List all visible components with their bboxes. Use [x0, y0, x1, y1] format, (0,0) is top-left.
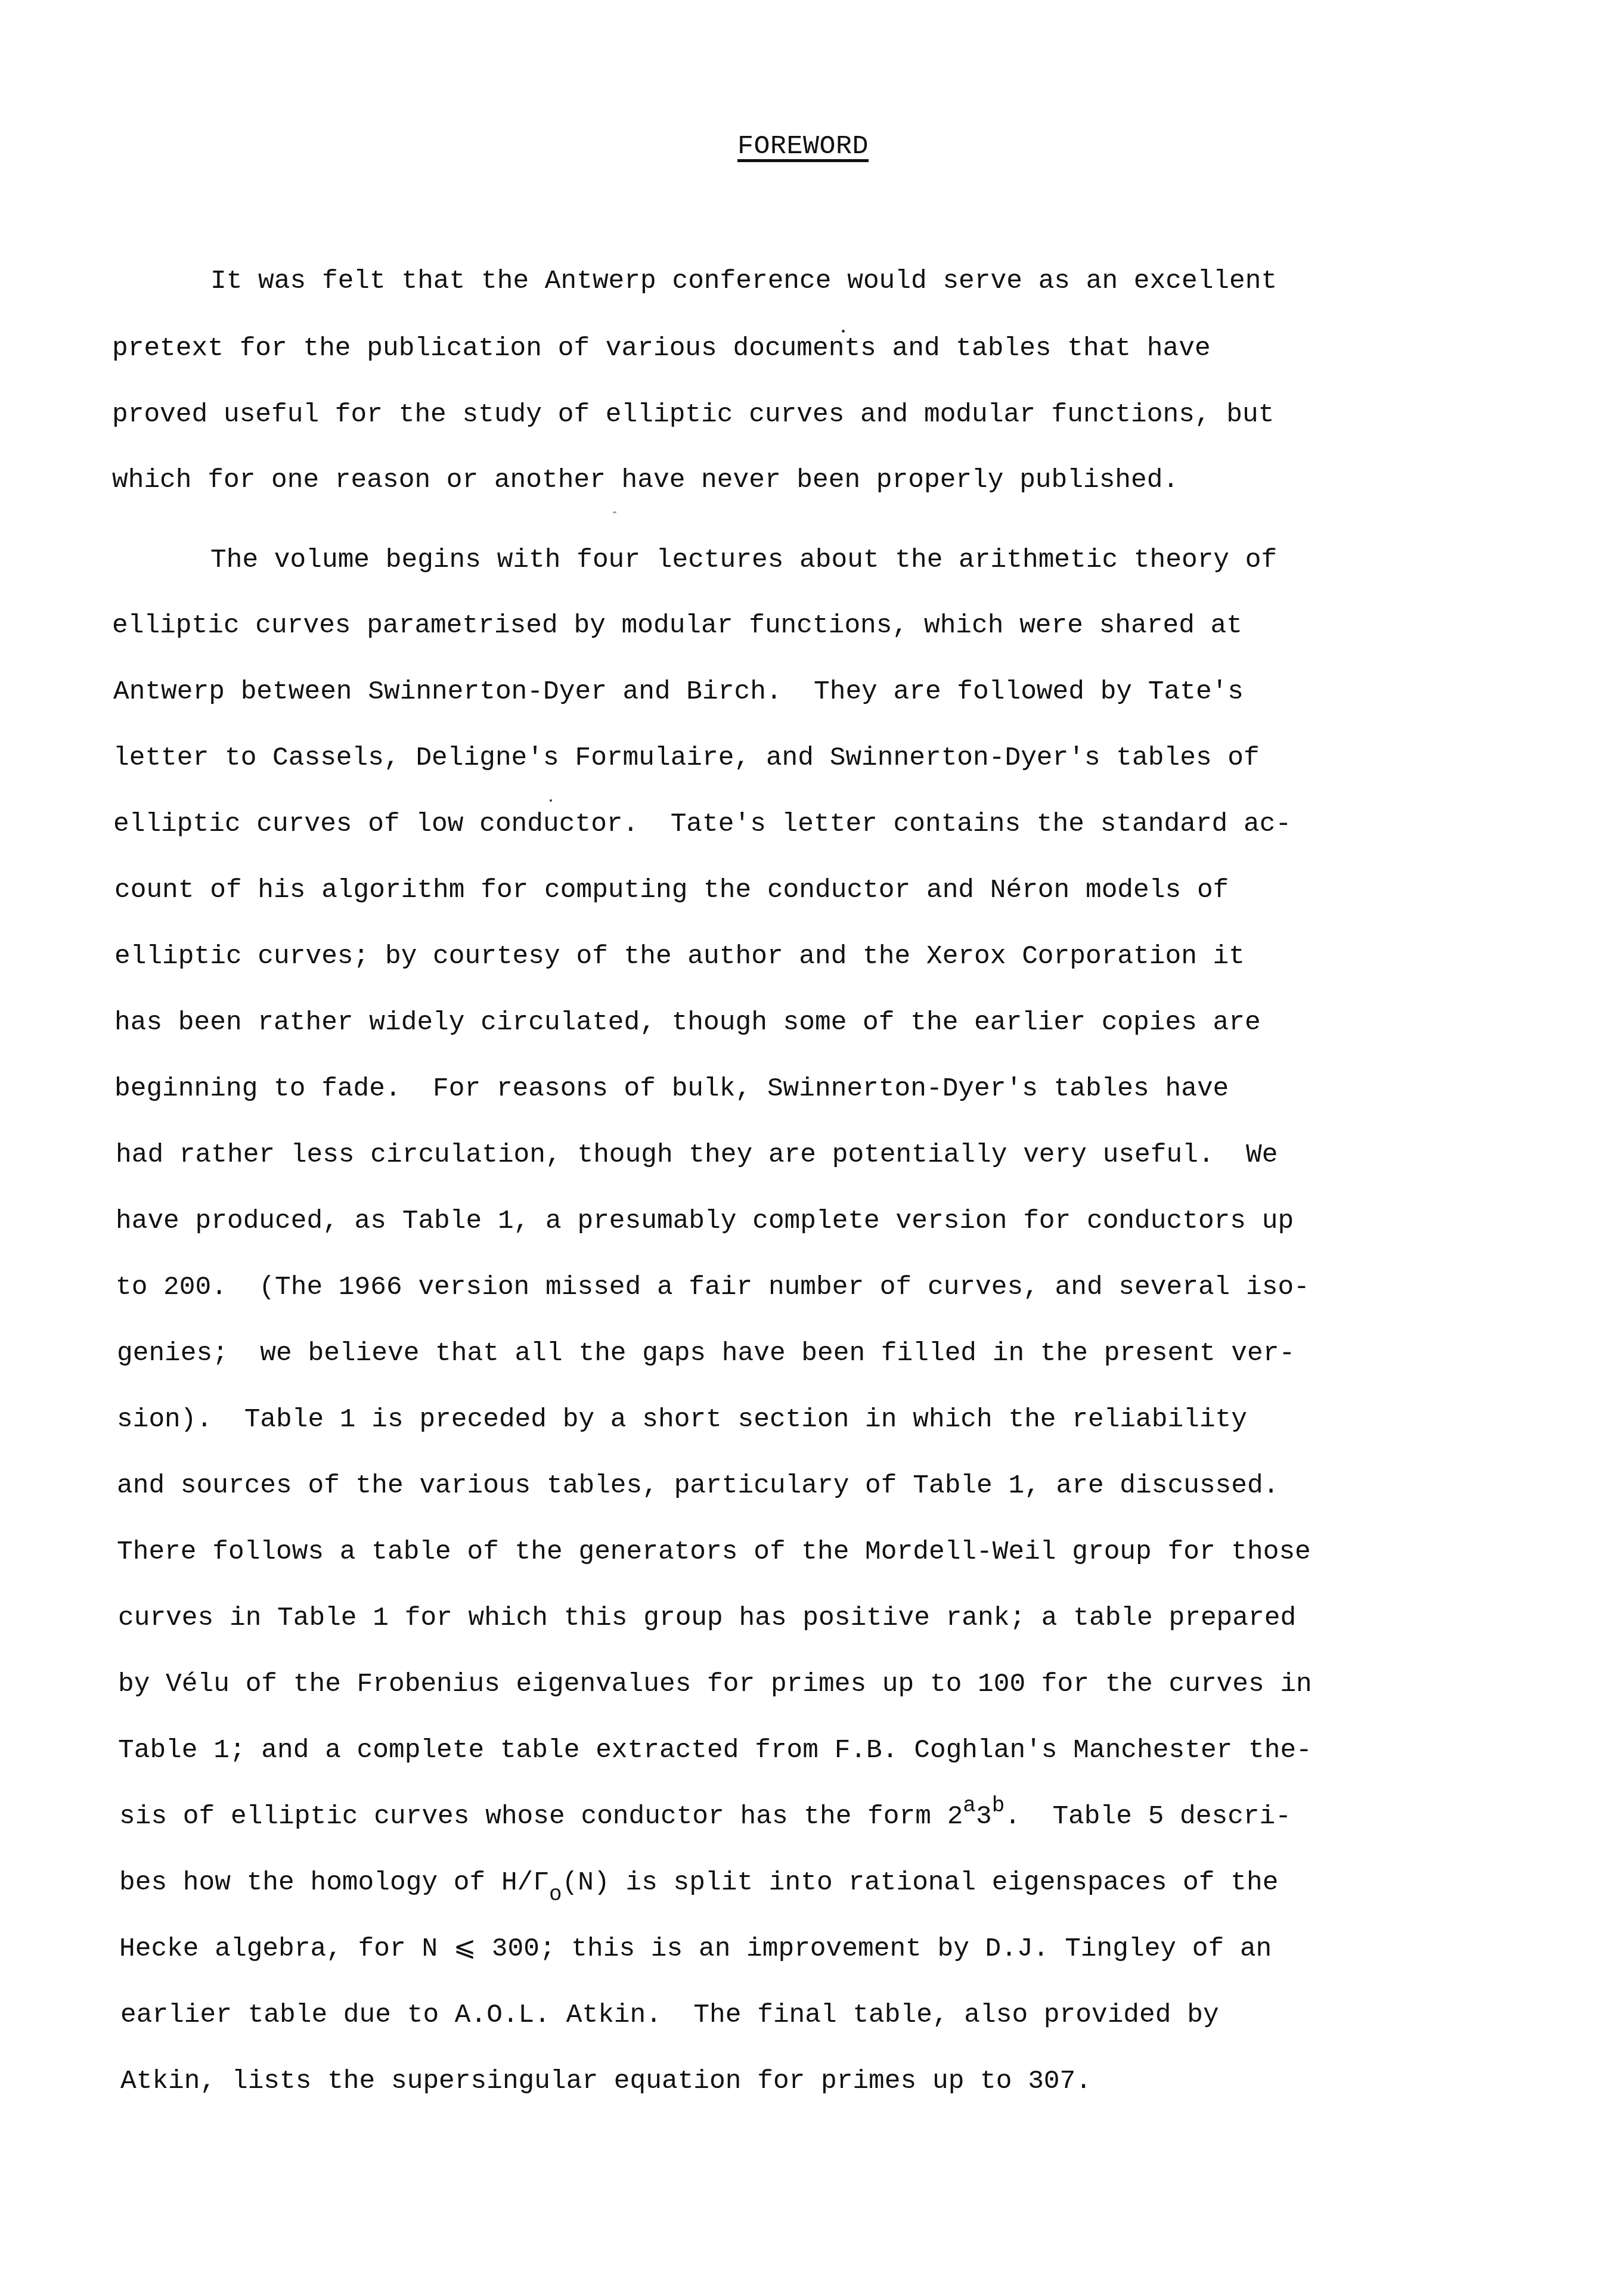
paragraph-2-line-12: to 200. (The 1966 version missed a fair …: [116, 1271, 1310, 1304]
paragraph-2-line-24: Atkin, lists the supersingular equation …: [120, 2065, 1092, 2098]
paragraph-2-line-22: Hecke algebra, for N ⩽ 300; this is an i…: [119, 1932, 1272, 1966]
document-page: FOREWORD It was felt that the Antwerp co…: [0, 0, 1606, 2296]
formula-exponent-a: a: [963, 1794, 976, 1818]
paragraph-2-line-18: by Vélu of the Frobenius eigenvalues for…: [118, 1668, 1312, 1701]
paragraph-2-line-3: Antwerp between Swinnerton-Dyer and Birc…: [113, 675, 1244, 709]
paragraph-1-line-3: proved useful for the study of elliptic …: [112, 398, 1274, 432]
formula-line-prefix: sis of elliptic curves whose conductor h…: [119, 1802, 947, 1832]
formula-line-suffix: . Table 5 descri-: [1004, 1802, 1291, 1832]
paragraph-2-line-14: sion). Table 1 is preceded by a short se…: [117, 1403, 1247, 1436]
homology-line-prefix: bes how the homology of H/Γ: [119, 1868, 549, 1898]
paragraph-1-line-1: It was felt that the Antwerp conference …: [210, 265, 1277, 298]
formula-base-3: 3: [976, 1802, 992, 1832]
paragraph-2-line-11: have produced, as Table 1, a presumably …: [116, 1205, 1294, 1238]
paragraph-2-line-17: curves in Table 1 for which this group h…: [118, 1602, 1296, 1635]
homology-line-suffix: (N) is split into rational eigenspaces o…: [562, 1868, 1279, 1898]
paragraph-2-line-9: beginning to fade. For reasons of bulk, …: [114, 1072, 1229, 1106]
paragraph-2-line-19: Table 1; and a complete table extracted …: [118, 1734, 1312, 1767]
paragraph-2-line-8: has been rather widely circulated, thoug…: [114, 1006, 1261, 1040]
title-text: FOREWORD: [737, 131, 869, 162]
scan-speck: [613, 511, 616, 513]
paragraph-1-line-4: which for one reason or another have nev…: [112, 464, 1179, 497]
paragraph-1-line-2: pretext for the publication of various d…: [112, 332, 1211, 365]
gamma-subscript: o: [549, 1882, 562, 1907]
paragraph-2-line-7: elliptic curves; by courtesy of the auth…: [114, 940, 1245, 973]
paragraph-2-line-2: elliptic curves parametrised by modular …: [112, 609, 1242, 643]
paragraph-2-line-13: genies; we believe that all the gaps hav…: [117, 1337, 1295, 1370]
paragraph-2-line-10: had rather less circulation, though they…: [116, 1138, 1278, 1172]
paragraph-2-line-21: bes how the homology of H/Γo(N) is split…: [119, 1866, 1278, 1900]
paragraph-2-line-5: elliptic curves of low conductor. Tate's…: [113, 808, 1291, 841]
paragraph-2-line-23: earlier table due to A.O.L. Atkin. The f…: [120, 1999, 1219, 2032]
paragraph-2-line-6: count of his algorithm for computing the…: [114, 874, 1229, 907]
formula-base-2: 2: [947, 1802, 963, 1832]
paragraph-2-line-20: sis of elliptic curves whose conductor h…: [119, 1800, 1291, 1833]
paragraph-2-line-15: and sources of the various tables, parti…: [117, 1469, 1279, 1503]
paragraph-2-line-4: letter to Cassels, Deligne's Formulaire,…: [113, 741, 1260, 775]
scan-speck: [842, 330, 845, 333]
scan-speck: [550, 799, 552, 802]
page-title: FOREWORD: [0, 130, 1606, 163]
formula-exponent-b: b: [992, 1794, 1005, 1818]
paragraph-2-line-16: There follows a table of the generators …: [117, 1535, 1311, 1569]
paragraph-2-line-1: The volume begins with four lectures abo…: [210, 544, 1277, 577]
